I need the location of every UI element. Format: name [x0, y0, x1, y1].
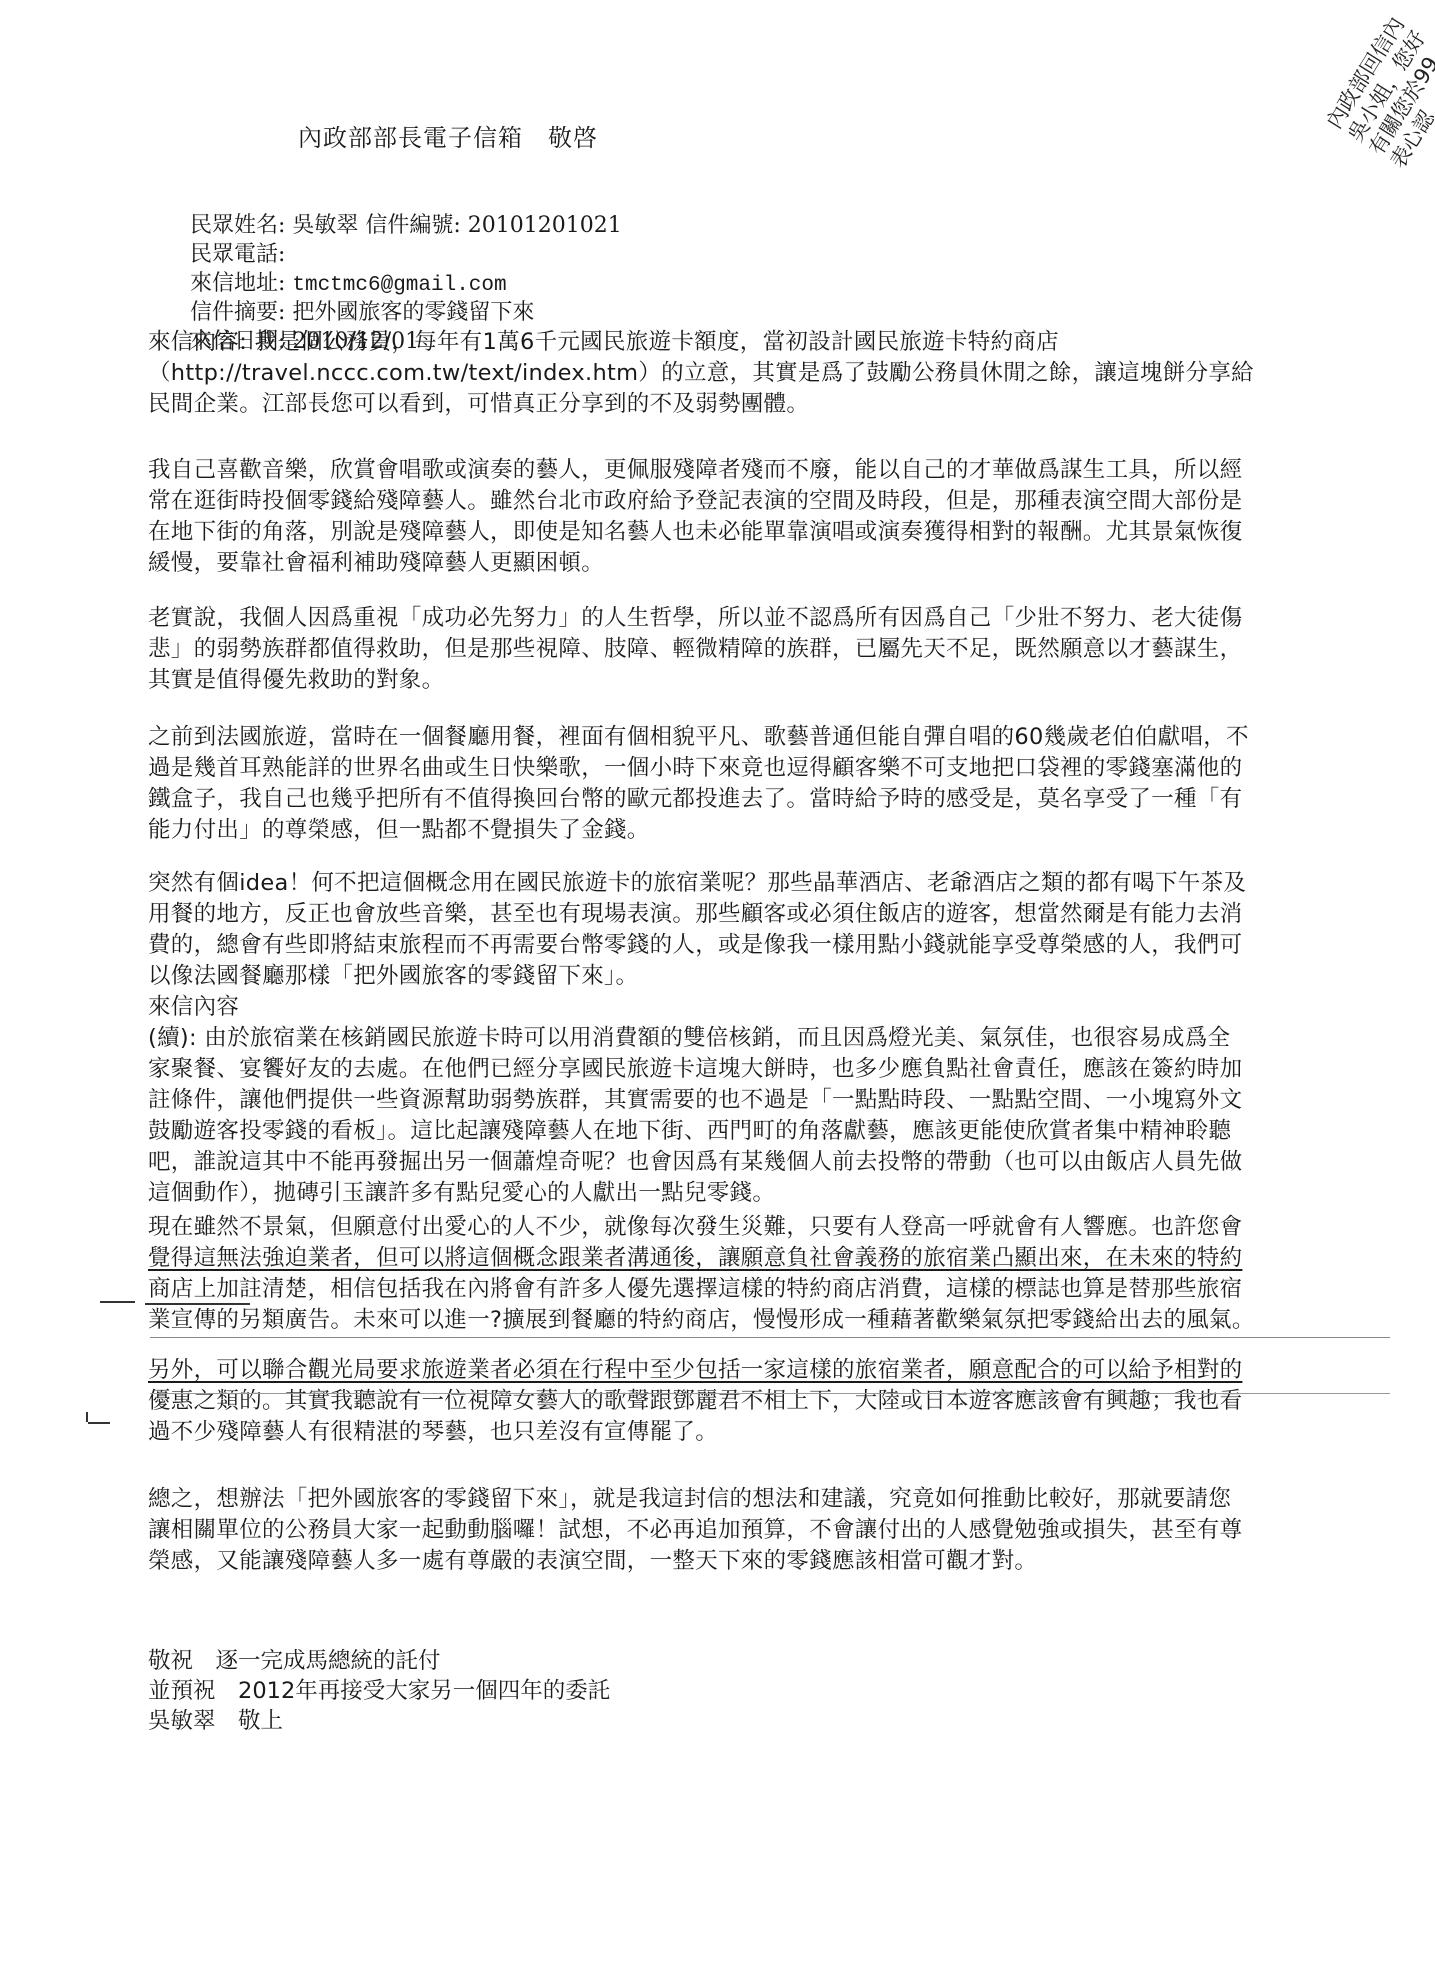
- margin-pen-mark: [86, 1412, 88, 1422]
- paragraph-france: 之前到法國旅遊，當時在一個餐廳用餐，裡面有個相貌平凡、歌藝普通但能自彈自唱的60…: [148, 722, 1378, 846]
- paragraph-tourism: 另外，可以聯合觀光局要求旅遊業者必須在行程中至少包括一家這樣的旅宿業者，願意配合…: [148, 1355, 1378, 1448]
- closing-line: 敬祝 逐一完成馬總統的託付: [148, 1646, 610, 1676]
- meta-label: 民眾電話:: [190, 240, 292, 269]
- scan-streak-line: [150, 1337, 1390, 1338]
- closing-signature: 敬祝 逐一完成馬總統的託付 並預祝 2012年再接受大家另一個四年的委託 吳敏翠…: [148, 1646, 610, 1736]
- text-line-underlined: 覺得這無法強迫業者，但可以將這個概念跟業者溝通後，讓願意負社會義務的旅宿業凸顯出…: [148, 1243, 1378, 1274]
- paragraph-music: 我自己喜歡音樂，欣賞會唱歌或演奏的藝人，更佩服殘障者殘而不廢，能以自己的才華做爲…: [148, 455, 1378, 579]
- text-line: 鐵盒子，我自己也幾乎把所有不值得換回台幣的歐元都投進去了。當時給予時的感受是，莫…: [148, 784, 1378, 815]
- text-line: 我自己喜歡音樂，欣賞會唱歌或演奏的藝人，更佩服殘障者殘而不廢，能以自己的才華做爲…: [148, 455, 1378, 486]
- text-line: 常在逛街時投個零錢給殘障藝人。雖然台北市政府給予登記表演的空間及時段，但是，那種…: [148, 486, 1378, 517]
- page-title: 內政部部長電子信箱 敬啓: [298, 118, 598, 153]
- text-line: 過不少殘障藝人有很精湛的琴藝，也只差沒有宣傳罷了。: [148, 1417, 1378, 1448]
- margin-pen-mark: [100, 1301, 135, 1303]
- text-line: 能力付出」的尊榮感，但一點都不覺損失了金錢。: [148, 815, 1378, 846]
- signature-line: 吳敏翠 敬上: [148, 1706, 610, 1736]
- closing-line: 並預祝 2012年再接受大家另一個四年的委託: [148, 1676, 610, 1706]
- text-line: 在地下街的角落，別說是殘障藝人，即使是知名藝人也未必能單靠演唱或演奏獲得相對的報…: [148, 517, 1378, 548]
- text-line: 費的，總會有些即將結束旅程而不再需要台幣零錢的人，或是像我一樣用點小錢就能享受尊…: [148, 930, 1378, 961]
- paragraph-recession: 現在雖然不景氣，但願意付出愛心的人不少，就像每次發生災難，只要有人登高一呼就會有…: [148, 1212, 1378, 1336]
- text-line: 來信內容: 我是個公務員，每年有1萬6千元國民旅遊卡額度，當初設計國民旅遊卡特約…: [148, 327, 1378, 358]
- text-line: （http://travel.nccc.com.tw/text/index.ht…: [148, 358, 1378, 389]
- letter-metadata: 民眾姓名: 吳敏翠 信件編號: 20101201021 民眾電話: 來信地址: …: [148, 182, 622, 327]
- meta-label: 來信地址:: [190, 269, 292, 298]
- pen-underline-mark: [145, 1303, 250, 1305]
- text-line: 註條件，讓他們提供一些資源幫助弱勢族群，其實需要的也不過是「一點點時段、一點點空…: [148, 1085, 1378, 1116]
- text-line: 吧，誰說這其中不能再發掘出另一個蕭煌奇呢？也會因爲有某幾個人前去投幣的帶動（也可…: [148, 1147, 1378, 1178]
- text-line: 現在雖然不景氣，但願意付出愛心的人不少，就像每次發生災難，只要有人登高一呼就會有…: [148, 1212, 1378, 1243]
- paragraph-philosophy: 老實說，我個人因爲重視「成功必先努力」的人生哲學，所以並不認爲所有因爲自己「少壯…: [148, 603, 1378, 696]
- meta-row-name: 民眾姓名: 吳敏翠 信件編號: 20101201021: [148, 182, 622, 211]
- meta-value: 吳敏翠 信件編號: 20101201021: [292, 211, 621, 240]
- text-line: 過是幾首耳熟能詳的世界名曲或生日快樂歌，一個小時下來竟也逗得顧客樂不可支地把口袋…: [148, 753, 1378, 784]
- meta-label: 信件摘要:: [190, 298, 292, 327]
- text-line: 悲」的弱勢族群都值得救助，但是那些視障、肢障、輕微精障的族群，已屬先天不足，既然…: [148, 634, 1378, 665]
- text-line: 業宣傳的另類廣告。未來可以進一?擴展到餐廳的特約商店，慢慢形成一種藉著歡樂氣氛把…: [148, 1305, 1378, 1336]
- text-line: 老實說，我個人因爲重視「成功必先努力」的人生哲學，所以並不認爲所有因爲自己「少壯…: [148, 603, 1378, 634]
- meta-label: 民眾姓名:: [190, 211, 292, 240]
- paragraph-intro: 來信內容: 我是個公務員，每年有1萬6千元國民旅遊卡額度，當初設計國民旅遊卡特約…: [148, 327, 1378, 420]
- paragraph-conclusion: 總之，想辦法「把外國旅客的零錢留下來」，就是我這封信的想法和建議，究竟如何推動比…: [148, 1484, 1378, 1577]
- text-line: 以像法國餐廳那樣「把外國旅客的零錢留下來」。: [148, 961, 1378, 992]
- text-line: 鼓勵遊客投零錢的看板」。這比起讓殘障藝人在地下街、西門町的角落獻藝，應該更能使欣…: [148, 1116, 1378, 1147]
- meta-value: 把外國旅客的零錢留下來: [292, 298, 534, 327]
- text-line: 來信內容: [148, 992, 1378, 1023]
- text-line: 緩慢，要靠社會福利補助殘障藝人更顯困頓。: [148, 548, 1378, 579]
- text-line: (續): 由於旅宿業在核銷國民旅遊卡時可以用消費額的雙倍核銷，而且因爲燈光美、氣…: [148, 1023, 1378, 1054]
- text-line: 民間企業。江部長您可以看到，可惜真正分享到的不及弱勢團體。: [148, 389, 1378, 420]
- text-line: 突然有個idea！何不把這個概念用在國民旅遊卡的旅宿業呢？那些晶華酒店、老爺酒店…: [148, 868, 1378, 899]
- reply-stamp-annotation: 內政部回信內 吳小姐，您好 有關您於99 表心認: [1322, 13, 1435, 173]
- text-line: 商店上加註清楚，相信包括我在內將會有許多人優先選擇這樣的特約商店消費，這樣的標誌…: [148, 1274, 1378, 1305]
- text-line: 這個動作），拋磚引玉讓許多有點兒愛心的人獻出一點兒零錢。: [148, 1178, 1378, 1209]
- margin-pen-mark: [88, 1422, 110, 1424]
- text-line: 家聚餐、宴饗好友的去處。在他們已經分享國民旅遊卡這塊大餅時，也多少應負點社會責任…: [148, 1054, 1378, 1085]
- scanned-letter-page: 內政部回信內 吳小姐，您好 有關您於99 表心認 內政部部長電子信箱 敬啓 民眾…: [0, 0, 1435, 1974]
- paragraph-idea: 突然有個idea！何不把這個概念用在國民旅遊卡的旅宿業呢？那些晶華酒店、老爺酒店…: [148, 868, 1378, 1209]
- text-line: 榮感，又能讓殘障藝人多一處有尊嚴的表演空間，一整天下來的零錢應該相當可觀才對。: [148, 1546, 1378, 1577]
- text-line: 優惠之類的。其實我聽說有一位視障女藝人的歌聲跟鄧麗君不相上下，大陸或日本遊客應該…: [148, 1386, 1378, 1417]
- text-line: 用餐的地方，反正也會放些音樂，甚至也有現場表演。那些顧客或必須住飯店的遊客，想當…: [148, 899, 1378, 930]
- text-line: 總之，想辦法「把外國旅客的零錢留下來」，就是我這封信的想法和建議，究竟如何推動比…: [148, 1484, 1378, 1515]
- meta-value: tmctmc6@gmail.com: [292, 271, 506, 300]
- scan-streak-line: [150, 1393, 1390, 1394]
- text-line: 讓相關單位的公務員大家一起動動腦囉！試想，不必再追加預算，不會讓付出的人感覺勉強…: [148, 1515, 1378, 1546]
- text-line: 其實是值得優先救助的對象。: [148, 665, 1378, 696]
- text-line: 之前到法國旅遊，當時在一個餐廳用餐，裡面有個相貌平凡、歌藝普通但能自彈自唱的60…: [148, 722, 1378, 753]
- text-line-underlined: 另外，可以聯合觀光局要求旅遊業者必須在行程中至少包括一家這樣的旅宿業者，願意配合…: [148, 1355, 1378, 1386]
